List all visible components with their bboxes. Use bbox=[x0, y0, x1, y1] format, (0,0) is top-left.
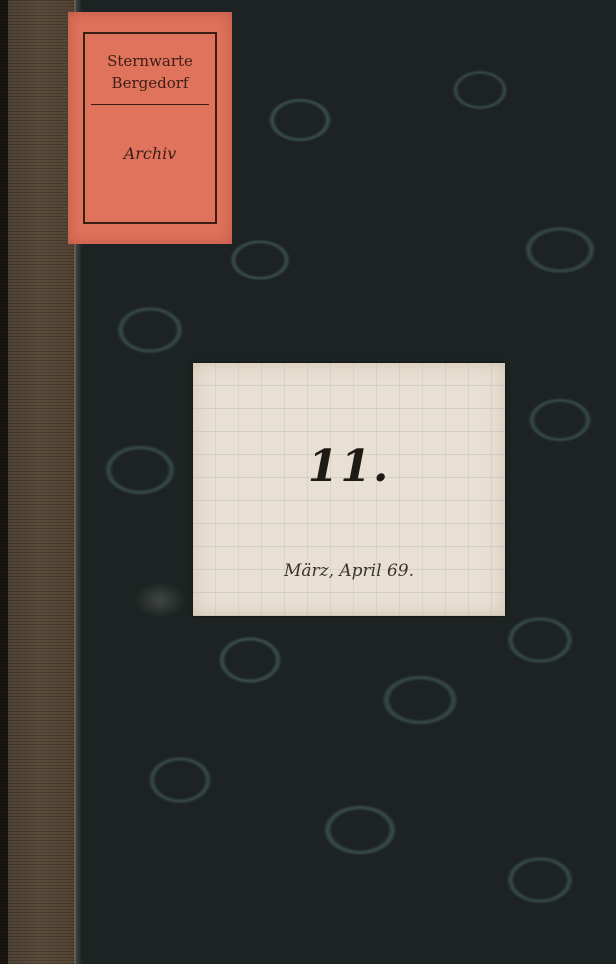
volume-number: 11. bbox=[193, 441, 505, 492]
volume-label: 11. März, April 69. bbox=[193, 363, 505, 616]
label-divider bbox=[91, 104, 209, 105]
section-label: Archiv bbox=[85, 144, 215, 163]
institution-name-line1: Sternwarte bbox=[85, 52, 215, 70]
volume-dates: März, April 69. bbox=[193, 561, 505, 581]
label-frame: Sternwarte Bergedorf Archiv bbox=[83, 32, 217, 224]
cloth-spine bbox=[0, 0, 76, 964]
institution-name-line2: Bergedorf bbox=[85, 74, 215, 92]
archive-label: Sternwarte Bergedorf Archiv bbox=[68, 12, 232, 244]
book-cover: Sternwarte Bergedorf Archiv 11. März, Ap… bbox=[0, 0, 616, 964]
